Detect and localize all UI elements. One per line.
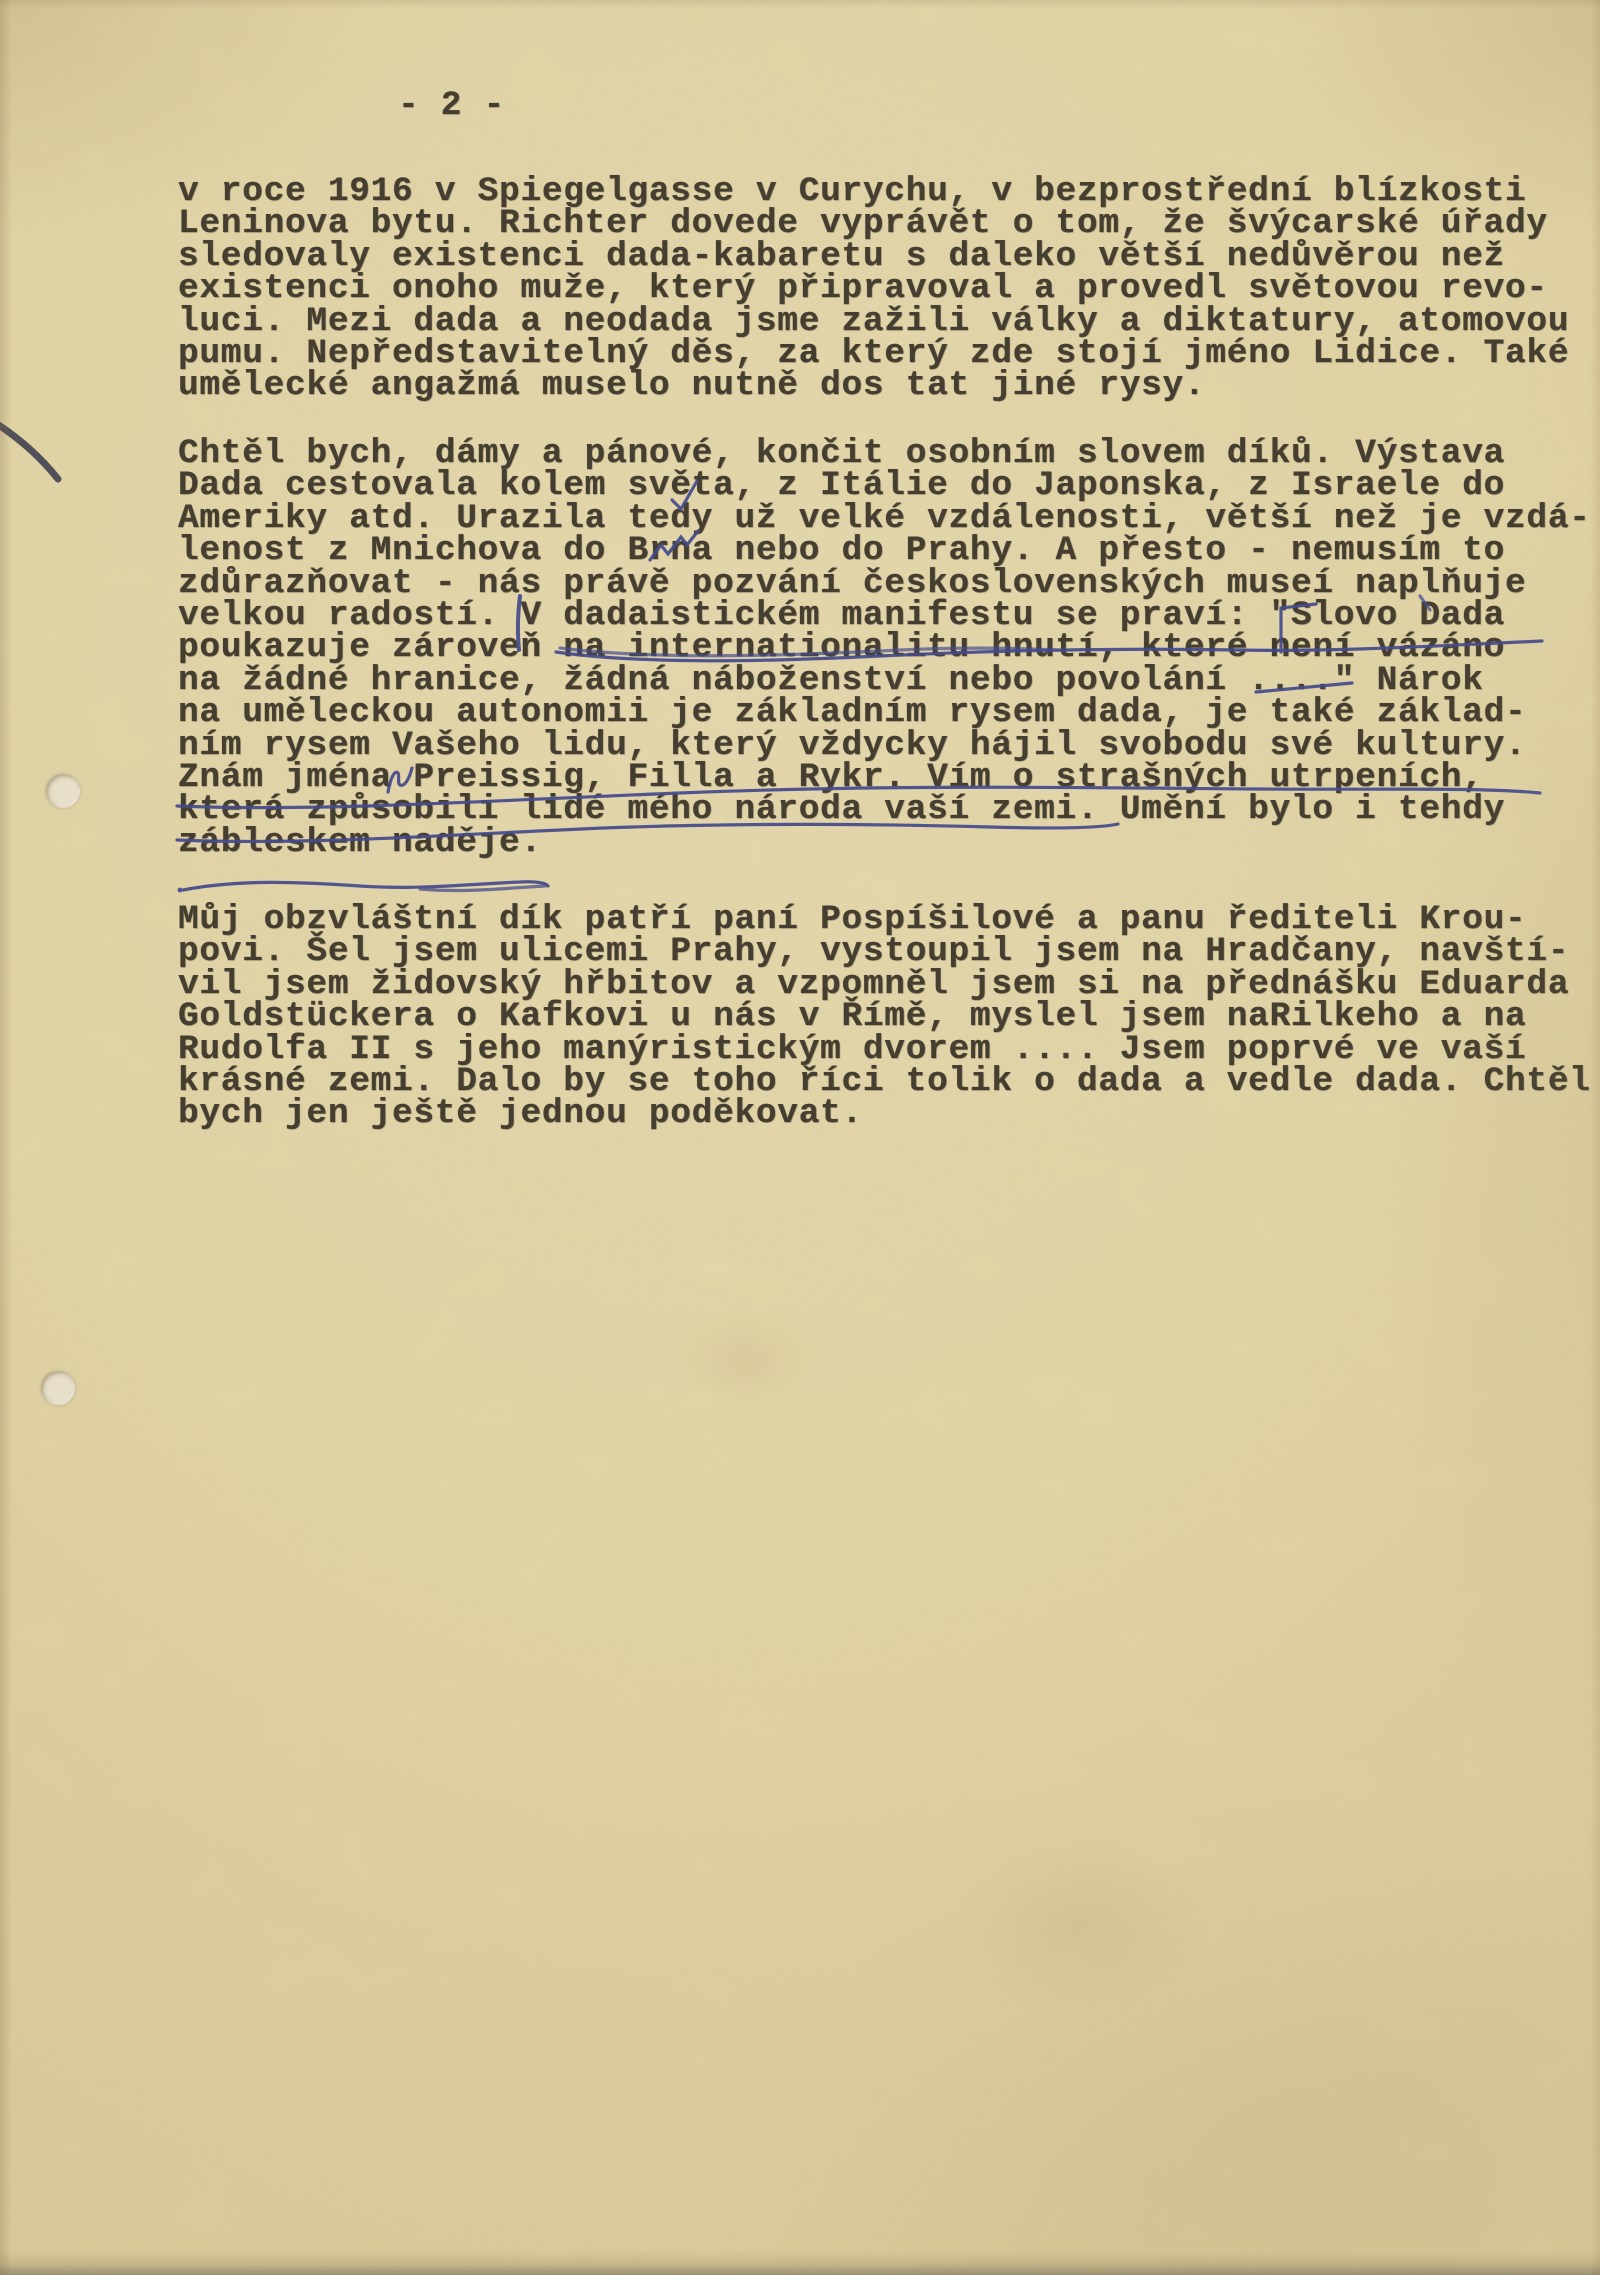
pen-hope-underline bbox=[183, 882, 548, 890]
paragraph-3: Můj obzvláštní dík patří paní Pospíšilov… bbox=[178, 904, 1591, 1131]
paragraph-1: v roce 1916 v Spiegelgasse v Curychu, v … bbox=[178, 176, 1569, 403]
pen-hope-underline-retrace bbox=[420, 886, 545, 891]
page-number: - 2 - bbox=[398, 90, 505, 122]
punch-hole-top bbox=[46, 774, 80, 808]
pen-hope-underline-dot bbox=[178, 888, 183, 893]
corner-pen-stroke bbox=[0, 422, 58, 479]
scanned-typewritten-page: - 2 - v roce 1916 v Spiegelgasse v Curyc… bbox=[0, 0, 1600, 2275]
paragraph-2: Chtěl bych, dámy a pánové, končit osobní… bbox=[178, 438, 1591, 859]
punch-hole-bottom bbox=[41, 1371, 75, 1405]
